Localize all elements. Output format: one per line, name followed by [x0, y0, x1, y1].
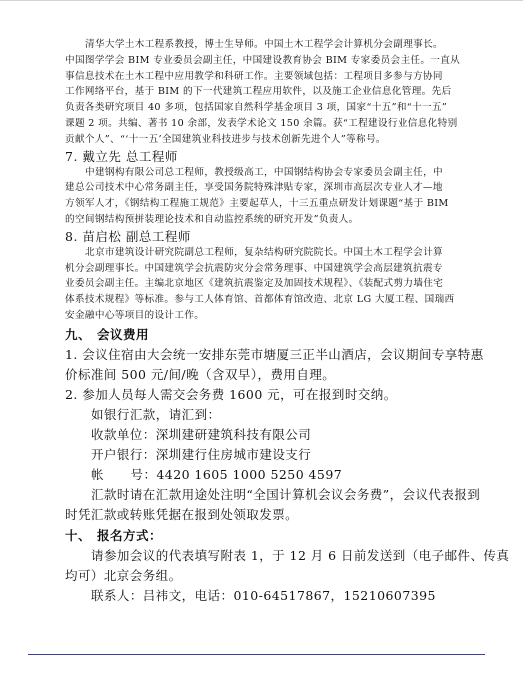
- account-label: 帐 号：: [91, 465, 156, 485]
- fee-item-2: 2. 参加人员每人需交会务费 1600 元，可在报到时交纳。: [65, 385, 473, 405]
- registration-line: 均可）北京会务组。: [65, 566, 473, 586]
- section-meeting-fees: 九、会议费用 1. 会议住宿由大会统一安排东莞市塘厦三正半山酒店，会议期间专享特…: [65, 325, 473, 525]
- person-heading: 8. 苗启松 副总工程师: [65, 228, 473, 245]
- section-heading: 十、报名方式：: [65, 526, 473, 546]
- bio-line: 事信息技术在土木工程中应用教学和科研工作。主要领域包括：工程项目多参与方协同: [65, 69, 473, 85]
- section-title: 报名方式：: [97, 528, 162, 543]
- remit-note-line: 时凭汇款或转账凭据在报到处领取发票。: [65, 505, 473, 525]
- bio-line: 的空间钢结构预拼装理论技术和自动监控系统的研究开发”负责人。: [65, 212, 473, 228]
- bio-line: 建总公司技术中心常务副主任，享受国务院特殊津贴专家，深圳市高层次专业人才—地: [65, 180, 473, 196]
- bio-line: 中建钢构有限公司总工程师，教授级高工，中国钢结构协会专家委员会副主任，中: [65, 165, 473, 181]
- bio-person-6: 清华大学土木工程系教授，博士生导师。中国土木工程学会计算机分会副理事长。 中国图…: [65, 37, 473, 148]
- fee-item-1-line: 价标准间 500 元/间/晚（含双早），费用自理。: [65, 365, 473, 385]
- bio-person-7: 7. 戴立先 总工程师 中建钢构有限公司总工程师，教授级高工，中国钢结构协会专家…: [65, 148, 473, 228]
- bio-line: 北京市建筑设计研究院副总工程师，复杂结构研究院院长。中国土木工程学会计算: [65, 245, 473, 261]
- account-value: 4420 1605 1000 5250 4597: [156, 467, 342, 482]
- section-heading: 九、会议费用: [65, 325, 473, 345]
- footer-rule: [28, 654, 485, 655]
- bio-line: 体系技术规程》等标准。参与工人体育馆、首都体育馆改造、北京 LG 大厦工程、国瑞…: [65, 292, 473, 308]
- payee-value: 深圳建研建筑科技有限公司: [156, 427, 311, 442]
- payee-row: 收款单位：深圳建研建筑科技有限公司: [65, 425, 473, 445]
- contact-info: 联系人：吕祎文，电话：010-64517867，15210607395: [65, 586, 473, 606]
- registration-line: 请参加会议的代表填写附表 1，于 12 月 6 日前发送到（电子邮件、传真: [65, 546, 473, 566]
- document-page: 清华大学土木工程系教授，博士生导师。中国土木工程学会计算机分会副理事长。 中国图…: [65, 37, 473, 606]
- bio-line: 机分会副理事长。中国建筑学会抗震防灾分会常务理事、中国建筑学会高层建筑抗震专: [65, 261, 473, 277]
- bio-line: 安金融中心等项目的设计工作。: [65, 308, 473, 324]
- payee-label: 收款单位：: [91, 425, 156, 445]
- bio-line: 贡献个人”、“‘十一五’全国建筑业科技进步与技术创新先进个人”等称号。: [65, 132, 473, 148]
- remit-note-line: 汇款时请在汇款用途处注明“全国计算机会议会务费”，会议代表报到: [65, 485, 473, 505]
- bio-person-8: 8. 苗启松 副总工程师 北京市建筑设计研究院副总工程师，复杂结构研究院院长。中…: [65, 228, 473, 324]
- bio-line: 方领军人才，《钢结构工程施工规范》主要起草人，十三五重点研发计划课题“基于 BI…: [65, 196, 473, 212]
- bio-line: 清华大学土木工程系教授，博士生导师。中国土木工程学会计算机分会副理事长。: [65, 37, 473, 53]
- bank-row: 开户银行：深圳建行住房城市建设支行: [65, 445, 473, 465]
- person-heading: 7. 戴立先 总工程师: [65, 148, 473, 165]
- fee-item-1-line: 1. 会议住宿由大会统一安排东莞市塘厦三正半山酒店，会议期间专享特惠: [65, 345, 473, 365]
- bio-line: 中国图学学会 BIM 专业委员会副主任，中国建设教育协会 BIM 专家委员会主任…: [65, 53, 473, 69]
- account-row: 帐 号：4420 1605 1000 5250 4597: [65, 465, 473, 485]
- section-number: 十、: [65, 526, 97, 546]
- bio-line: 负责各类研究项目 40 多项，包括国家自然科学基金项目 3 项，国家“十五”和“…: [65, 100, 473, 116]
- bio-line: 业委员会副主任。主编北京地区《建筑抗震鉴定及加固技术规程》、《装配式剪力墙住宅: [65, 276, 473, 292]
- bank-intro: 如银行汇款，请汇到：: [65, 405, 473, 425]
- bio-line: 课题 2 项。共编、著书 10 余部，发表学术论文 150 余篇。获“工程建设行…: [65, 116, 473, 132]
- section-title: 会议费用: [97, 327, 149, 342]
- section-number: 九、: [65, 325, 97, 345]
- section-registration: 十、报名方式： 请参加会议的代表填写附表 1，于 12 月 6 日前发送到（电子…: [65, 526, 473, 606]
- bank-label: 开户银行：: [91, 445, 156, 465]
- page-top-border: [0, 0, 523, 1]
- bank-value: 深圳建行住房城市建设支行: [156, 447, 311, 462]
- bio-line: 工作网络平台，基于 BIM 的下一代建筑工程应用软件，以及施工企业信息化管理。先…: [65, 84, 473, 100]
